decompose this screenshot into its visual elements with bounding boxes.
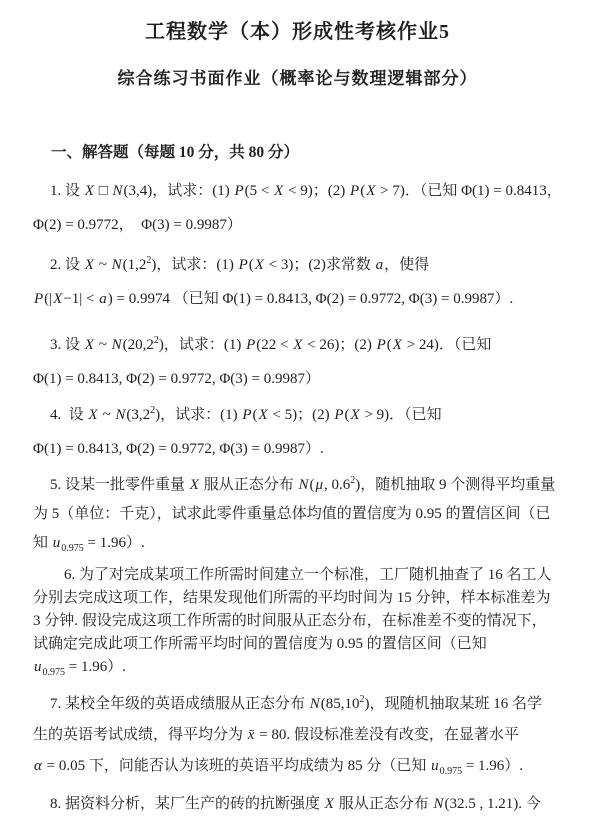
text-segment: ~ — [95, 257, 111, 273]
text-segment: 试确定完成此项工作所需平均时间的置信度为 0.95 的置信区间（已知 — [33, 636, 487, 652]
subscript: 0.975 — [61, 543, 84, 554]
math-variable: X — [84, 337, 95, 353]
math-variable: a — [98, 291, 108, 307]
text-segment: 1. 设 — [50, 183, 84, 199]
question-5: 5. 设某一批零件重量 X 服从正态分布 N(μ, 0.62)，随机抽取 9 个… — [33, 471, 562, 558]
page-title: 工程数学（本）形成性考核作业5 — [33, 18, 562, 46]
math-variable: X — [84, 183, 95, 199]
text-segment: ( — [253, 407, 258, 423]
text-segment: 8. 据资料分析，某厂生产的砖的抗断强度 — [50, 796, 324, 812]
math-variable: X — [324, 796, 335, 812]
text-segment: ，使得 — [384, 257, 429, 273]
question-5-line: 5. 设某一批零件重量 X 服从正态分布 N(μ, 0.62)，随机抽取 9 个… — [33, 471, 562, 500]
math-variable: X — [189, 477, 200, 493]
math-variable: X — [52, 291, 63, 307]
math-variable: P — [245, 337, 256, 353]
question-1-line: 1. 设 X □ N(3,4)，试求：(1) P(5 < X < 9)；(2) … — [33, 174, 562, 208]
text-segment: > 7)．（已知 Φ(1) = 0.8413， — [376, 183, 561, 199]
text-segment: )，现随机抽取某班 16 名学 — [365, 696, 543, 712]
questions-list: 1. 设 X □ N(3,4)，试求：(1) P(5 < X < 9)；(2) … — [33, 174, 562, 821]
question-8-line: 8. 据资料分析，某厂生产的砖的抗断强度 X 服从正态分布 N(32.5 , 1… — [33, 787, 562, 821]
question-1-line: Φ(2) = 0.9772， Φ(3) = 0.9987） — [33, 208, 562, 242]
subscript: 0.975 — [43, 667, 66, 678]
text-segment: < 5)；(2) — [269, 407, 334, 423]
question-6-line: 3 分钟. 假设完成这项工作所需的时间服从正态分布，在标准差不变的情况下， — [33, 610, 562, 633]
text-segment: (3,4)，试求：(1) — [124, 183, 234, 199]
question-3-line: Φ(1) = 0.8413, Φ(2) = 0.9772, Φ(3) = 0.9… — [33, 362, 562, 396]
text-segment: < 9)；(2) — [284, 183, 349, 199]
text-segment: 服从正态分布 — [335, 796, 433, 812]
question-7-line: α = 0.05 下，问能否认为该班的英语平均成绩为 85 分（已知 u0.97… — [33, 751, 562, 782]
math-variable: N — [111, 257, 123, 273]
text-segment: 6. 为了对完成某项工作所需时间建立一个标准，工厂随机抽查了 16 名工人 — [64, 567, 552, 583]
text-segment: 5. 设某一批零件重量 — [50, 477, 189, 493]
text-segment: −1| < — [63, 291, 98, 307]
math-variable: P — [349, 183, 360, 199]
text-segment: (| — [44, 291, 52, 307]
math-variable: P — [333, 407, 344, 423]
text-segment: = 1.96）. — [84, 535, 145, 551]
math-variable: u — [52, 535, 62, 551]
math-variable: X — [392, 337, 403, 353]
question-8: 8. 据资料分析，某厂生产的砖的抗断强度 X 服从正态分布 N(32.5 , 1… — [33, 787, 562, 821]
math-variable: X — [88, 407, 99, 423]
text-segment: □ — [95, 183, 112, 199]
text-segment: 2. 设 — [50, 257, 84, 273]
math-variable: X — [254, 257, 265, 273]
text-segment: 4. 设 — [50, 407, 88, 423]
math-variable: X — [350, 407, 361, 423]
question-4: 4. 设 X ~ N(3,22)，试求：(1) P(X < 5)；(2) P(X… — [33, 398, 562, 466]
text-segment: (20,2 — [123, 337, 154, 353]
math-variable: N — [112, 183, 124, 199]
text-segment: ( — [345, 407, 350, 423]
question-6-line: 分别去完成这项工作，结果发现他们所需的平均时间为 15 分钟，样本标准差为 — [33, 587, 562, 610]
question-3-line: 3. 设 X ~ N(20,22)，试求：(1) P(22 < X < 26)；… — [33, 328, 562, 362]
text-segment: )，随机抽取 9 个测得平均重量 — [355, 477, 555, 493]
math-variable: N — [309, 696, 321, 712]
text-segment: ( — [249, 257, 254, 273]
text-segment: (22 < — [256, 337, 292, 353]
question-7-line: 生的英语考试成绩，得平均分为 x̄ = 80. 假设标准差没有改变，在显著水平 — [33, 720, 562, 751]
question-4-line: 4. 设 X ~ N(3,22)，试求：(1) P(X < 5)；(2) P(X… — [33, 398, 562, 432]
question-6: 6. 为了对完成某项工作所需时间建立一个标准，工厂随机抽查了 16 名工人分别去… — [33, 564, 562, 679]
text-segment: = 1.96）. — [462, 758, 523, 774]
document-page: 工程数学（本）形成性考核作业5 综合练习书面作业（概率论与数理逻辑部分） 一、解… — [0, 0, 592, 824]
math-variable: X — [365, 183, 376, 199]
text-segment: )，试求：(1) — [159, 337, 245, 353]
page-subtitle: 综合练习书面作业（概率论与数理逻辑部分） — [33, 67, 562, 91]
question-2-line: 2. 设 X ~ N(1,22)，试求：(1) P(X < 3)；(2)求常数 … — [33, 248, 562, 282]
text-segment: )，试求：(1) — [151, 257, 237, 273]
math-variable: X — [292, 337, 303, 353]
question-6-line: 6. 为了对完成某项工作所需时间建立一个标准，工厂随机抽查了 16 名工人 — [33, 564, 562, 587]
text-segment: 为 5（单位：千克），试求此零件重量总体均值的置信度为 0.95 的置信区间（已 — [33, 506, 551, 522]
math-variable: X — [84, 257, 95, 273]
text-segment: > 24)．（已知 — [403, 337, 491, 353]
math-variable: P — [33, 291, 44, 307]
question-6-line: 试确定完成此项工作所需平均时间的置信度为 0.95 的置信区间（已知 — [33, 633, 562, 656]
text-segment: , 0.6 — [324, 477, 350, 493]
text-segment: Φ(1) = 0.8413, Φ(2) = 0.9772, Φ(3) = 0.9… — [33, 371, 320, 387]
text-segment: = 80. 假设标准差没有改变，在显著水平 — [255, 727, 518, 743]
question-6-line: u0.975 = 1.96）. — [33, 656, 562, 679]
text-segment: ) = 0.9974 （已知 Φ(1) = 0.8413, Φ(2) = 0.9… — [108, 291, 513, 307]
text-segment: (85,10 — [321, 696, 360, 712]
question-5-line: 知 u0.975 = 1.96）. — [33, 529, 562, 558]
text-segment: (1,2 — [123, 257, 147, 273]
math-variable: P — [241, 407, 252, 423]
text-segment: = 1.96）. — [65, 659, 126, 675]
question-4-line: Φ(1) = 0.8413, Φ(2) = 0.9772, Φ(3) = 0.9… — [33, 432, 562, 466]
section-heading: 一、解答题（每题 10 分，共 80 分） — [51, 142, 562, 164]
question-7-line: 7. 某校全年级的英语成绩服从正态分布 N(85,102)，现随机抽取某班 16… — [33, 689, 562, 720]
math-variable: u — [430, 758, 440, 774]
math-variable: μ — [314, 477, 324, 493]
text-segment: (32.5 , 1.21). 今 — [444, 796, 540, 812]
text-segment: 3 分钟. 假设完成这项工作所需的时间服从正态分布，在标准差不变的情况下， — [33, 613, 547, 629]
math-variable: a — [375, 257, 385, 273]
math-variable: P — [234, 183, 245, 199]
text-segment: 分别去完成这项工作，结果发现他们所需的平均时间为 15 分钟，样本标准差为 — [33, 590, 551, 606]
text-segment: 服从正态分布 — [200, 477, 298, 493]
text-segment: 知 — [33, 535, 52, 551]
text-segment: Φ(2) = 0.9772， Φ(3) = 0.9987） — [33, 217, 242, 233]
question-5-line: 为 5（单位：千克），试求此零件重量总体均值的置信度为 0.95 的置信区间（已 — [33, 500, 562, 529]
question-2: 2. 设 X ~ N(1,22)，试求：(1) P(X < 3)；(2)求常数 … — [33, 248, 562, 316]
text-segment: > 9)．（已知 — [361, 407, 442, 423]
math-variable: N — [111, 337, 123, 353]
question-1: 1. 设 X □ N(3,4)，试求：(1) P(5 < X < 9)；(2) … — [33, 174, 562, 242]
question-2-line: P(|X−1| < a) = 0.9974 （已知 Φ(1) = 0.8413,… — [33, 282, 562, 316]
math-variable: α — [33, 758, 43, 774]
math-variable: P — [238, 257, 249, 273]
text-segment: )，试求：(1) — [155, 407, 241, 423]
text-segment: (3,2 — [126, 407, 150, 423]
text-segment: 3. 设 — [50, 337, 84, 353]
math-variable: N — [432, 796, 444, 812]
text-segment: ~ — [99, 407, 115, 423]
subscript: 0.975 — [440, 766, 463, 777]
text-segment: = 0.05 下，问能否认为该班的英语平均成绩为 85 分（已知 — [43, 758, 430, 774]
math-variable: u — [33, 659, 43, 675]
text-segment: ~ — [95, 337, 111, 353]
math-variable: N — [114, 407, 126, 423]
math-variable: P — [376, 337, 387, 353]
question-7: 7. 某校全年级的英语成绩服从正态分布 N(85,102)，现随机抽取某班 16… — [33, 689, 562, 782]
text-segment: 7. 某校全年级的英语成绩服从正态分布 — [50, 696, 309, 712]
math-variable: X — [258, 407, 269, 423]
text-segment: 生的英语考试成绩，得平均分为 — [33, 727, 247, 743]
math-variable: X — [273, 183, 284, 199]
math-variable: N — [297, 477, 309, 493]
text-segment: Φ(1) = 0.8413, Φ(2) = 0.9772, Φ(3) = 0.9… — [33, 441, 324, 457]
text-segment: (5 < — [245, 183, 273, 199]
text-segment: < 3)；(2)求常数 — [265, 257, 375, 273]
text-segment: < 26)；(2) — [303, 337, 375, 353]
question-3: 3. 设 X ~ N(20,22)，试求：(1) P(22 < X < 26)；… — [33, 328, 562, 396]
